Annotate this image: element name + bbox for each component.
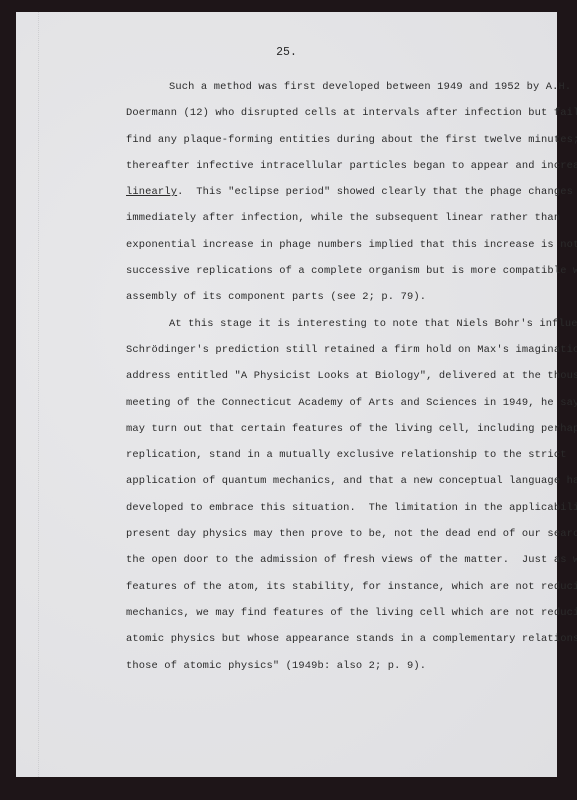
document-page: 25. Such a method was first developed be… xyxy=(16,12,557,777)
text-fragment: . This "eclipse period" showed clearly t… xyxy=(177,186,577,198)
underlined-word: linearly xyxy=(126,186,177,198)
text-line: linearly. This "eclipse period" showed c… xyxy=(126,179,546,205)
text-line: thereafter infective intracellular parti… xyxy=(126,153,546,179)
text-line: exponential increase in phage numbers im… xyxy=(126,232,546,258)
text-line: meeting of the Connecticut Academy of Ar… xyxy=(126,390,546,416)
text-line: assembly of its component parts (see 2; … xyxy=(126,284,546,310)
page-number: 25. xyxy=(16,46,557,59)
text-line: immediately after infection, while the s… xyxy=(126,205,546,231)
text-line: may turn out that certain features of th… xyxy=(126,416,546,442)
text-line: those of atomic physics" (1949b: also 2;… xyxy=(126,653,546,679)
paragraph-1: Such a method was first developed betwee… xyxy=(126,74,546,311)
text-line: developed to embrace this situation. The… xyxy=(126,495,546,521)
text-line: the open door to the admission of fresh … xyxy=(126,547,546,573)
text-line: replication, stand in a mutually exclusi… xyxy=(126,442,546,468)
text-line: Such a method was first developed betwee… xyxy=(126,74,546,100)
text-line: address entitled "A Physicist Looks at B… xyxy=(126,363,546,389)
paragraph-2: At this stage it is interesting to note … xyxy=(126,311,546,679)
text-line: atomic physics but whose appearance stan… xyxy=(126,626,546,652)
body-text: Such a method was first developed betwee… xyxy=(126,74,546,679)
text-line: present day physics may then prove to be… xyxy=(126,521,546,547)
text-line: Schrödinger's prediction still retained … xyxy=(126,337,546,363)
text-line: find any plaque-forming entities during … xyxy=(126,127,546,153)
text-line: At this stage it is interesting to note … xyxy=(126,311,546,337)
page-edge-marks xyxy=(38,12,41,777)
text-line: successive replications of a complete or… xyxy=(126,258,546,284)
text-line: features of the atom, its stability, for… xyxy=(126,574,546,600)
text-line: mechanics, we may find features of the l… xyxy=(126,600,546,626)
text-line: Doermann (12) who disrupted cells at int… xyxy=(126,100,546,126)
text-line: application of quantum mechanics, and th… xyxy=(126,468,546,494)
